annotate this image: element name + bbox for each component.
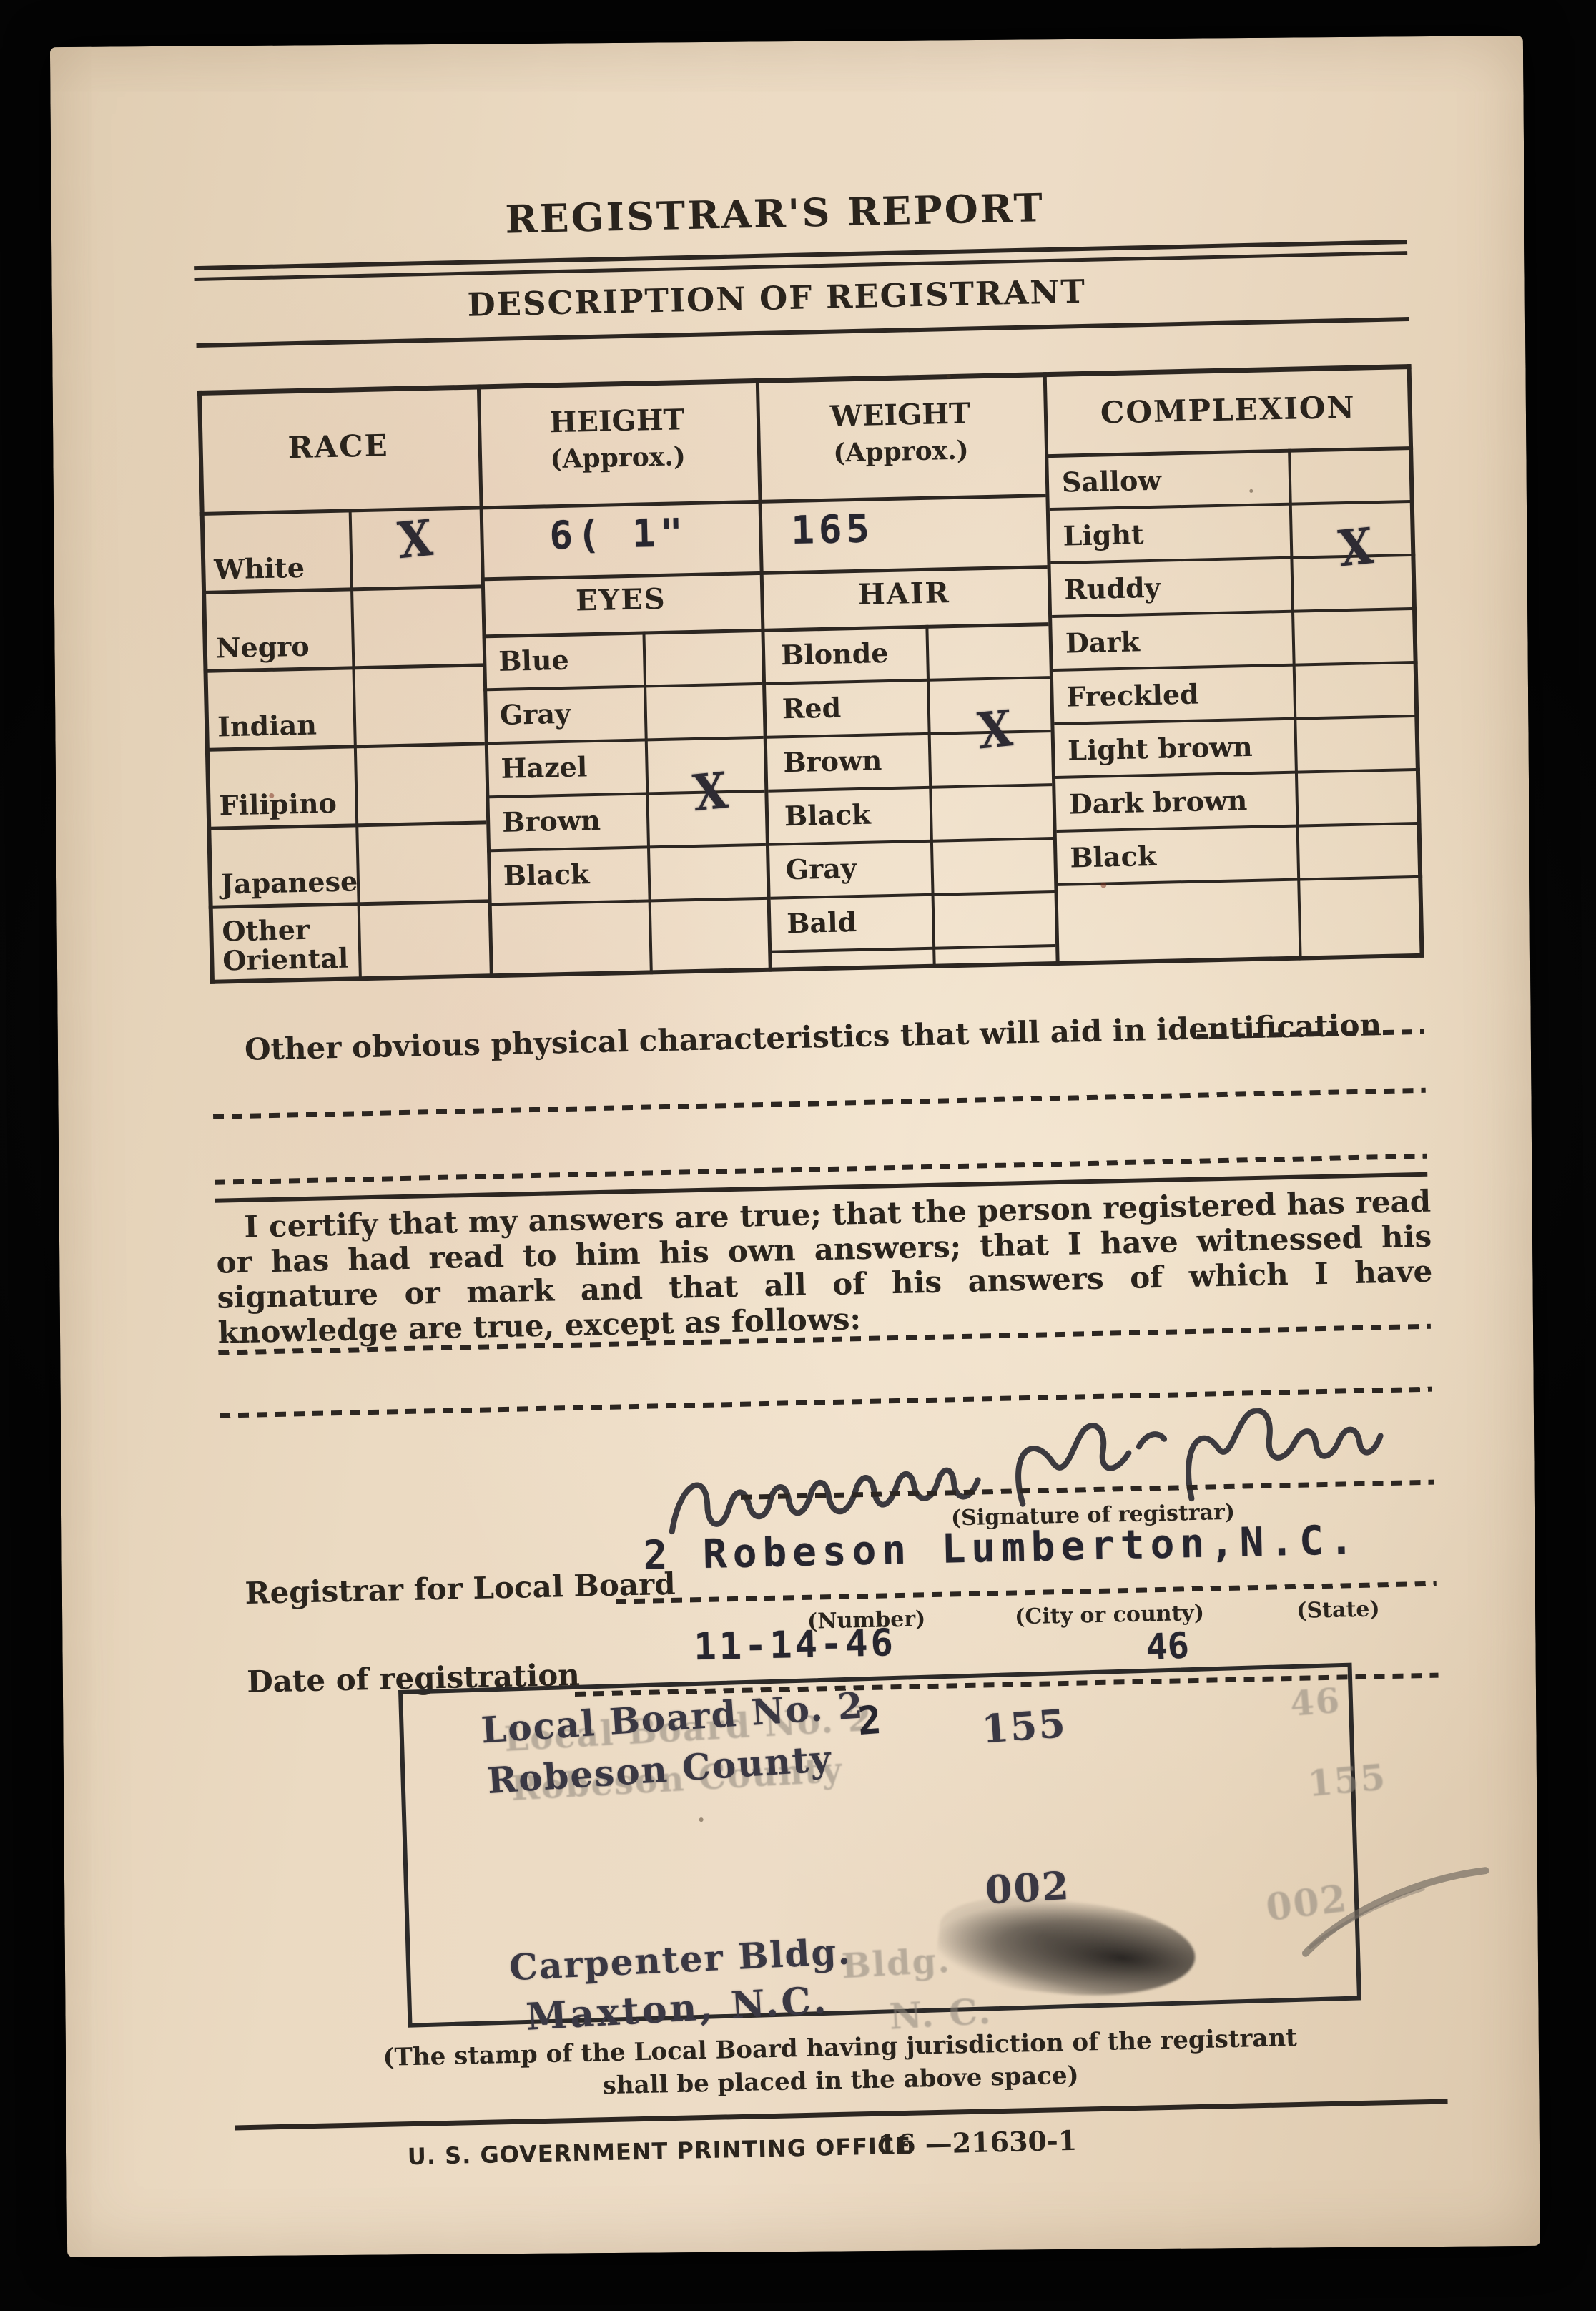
race-row-rule xyxy=(203,663,483,673)
stamp-code-155: 155 xyxy=(980,1700,1068,1752)
pencil-swoosh xyxy=(1294,1858,1510,1963)
hair-row-rule xyxy=(766,676,1050,685)
complexion-row-rule xyxy=(1053,661,1418,672)
complexion-header-rule xyxy=(1045,446,1413,458)
hw-header-rule xyxy=(480,494,1046,509)
hair-header: HAIR xyxy=(760,574,1048,614)
complexion-option: Light brown xyxy=(1068,730,1253,767)
complexion-option: Black xyxy=(1070,840,1157,874)
height-qualifier: (Approx.) xyxy=(478,440,758,476)
complexion-row-rule xyxy=(1052,607,1417,618)
table-border-bottom xyxy=(210,953,1424,984)
hair-check-divider xyxy=(925,625,935,968)
hair-option: Red xyxy=(782,691,841,725)
eyes-option: Blue xyxy=(498,644,569,677)
race-row-rule xyxy=(207,820,486,830)
stamp-typed-number: 2 xyxy=(856,1697,882,1744)
complexion-option: Ruddy xyxy=(1064,571,1161,606)
complexion-row-rule xyxy=(1050,500,1414,511)
eyes-option: Black xyxy=(503,858,590,892)
paper-speck xyxy=(1249,489,1253,493)
paper-speck xyxy=(947,374,951,378)
eyes-hair-header-rule xyxy=(482,622,1048,638)
race-option: Filipino xyxy=(219,787,337,822)
weight-qualifier: (Approx.) xyxy=(757,433,1045,470)
race-option: Other Oriental xyxy=(222,913,366,975)
registration-date-stray: 46 xyxy=(1145,1624,1190,1668)
complexion-row-rule xyxy=(1057,822,1422,833)
hair-option: Bald xyxy=(787,906,857,939)
race-header: RACE xyxy=(198,426,478,467)
eyes-option: Brown xyxy=(502,804,601,838)
certification-text: I certify that my answers are true; that… xyxy=(215,1184,1434,1351)
complexion-option: Light xyxy=(1063,518,1144,551)
description-table: RACE HEIGHT (Approx.) WEIGHT (Approx.) C… xyxy=(197,364,1424,984)
race-option: White xyxy=(214,551,305,586)
paper-speck xyxy=(699,1817,704,1822)
complexion-option: Freckled xyxy=(1066,678,1199,713)
hair-option: Blonde xyxy=(781,637,889,671)
section-title: DESCRIPTION OF REGISTRANT xyxy=(301,269,1253,328)
complexion-check-mark: X xyxy=(1307,514,1404,581)
hair-option: Gray xyxy=(785,852,857,885)
scan-background: REGISTRAR'S REPORT DESCRIPTION OF REGIST… xyxy=(0,0,1596,2311)
hair-row-rule xyxy=(771,890,1055,900)
height-header: HEIGHT xyxy=(478,401,757,441)
stamp-ghost-building: Bldg. xyxy=(841,1940,952,1987)
hair-row-rule xyxy=(772,944,1055,953)
blank-answer-line xyxy=(213,1088,1426,1119)
page-title: REGISTRAR'S REPORT xyxy=(299,180,1251,247)
race-option: Indian xyxy=(217,708,317,742)
race-option: Japanese xyxy=(220,865,358,900)
height-value: 6( 1" xyxy=(549,510,688,558)
footer-printer: U. S. GOVERNMENT PRINTING OFFICE xyxy=(407,2132,911,2170)
race-row-rule xyxy=(202,584,481,594)
weight-value: 165 xyxy=(791,506,875,553)
complexion-option: Dark brown xyxy=(1068,784,1247,820)
caption-city-county: (City or county) xyxy=(987,1600,1231,1630)
eyes-row-rule xyxy=(483,682,762,692)
eyes-row-rule xyxy=(485,736,764,745)
document-paper: REGISTRAR'S REPORT DESCRIPTION OF REGIST… xyxy=(50,36,1540,2257)
complexion-check-divider xyxy=(1288,449,1302,961)
complexion-row-rule xyxy=(1055,768,1420,779)
eyes-check-mark: X xyxy=(661,758,759,825)
printed-content: REGISTRAR'S REPORT DESCRIPTION OF REGIST… xyxy=(39,26,1560,2267)
complexion-header: COMPLEXION xyxy=(1043,388,1412,431)
eyes-option: Gray xyxy=(499,697,571,731)
registrar-label: Registrar for Local Board xyxy=(245,1566,676,1611)
eyes-header: EYES xyxy=(481,580,761,619)
race-row-rule xyxy=(205,742,485,752)
complexion-row-rule xyxy=(1058,875,1422,886)
eyes-check-divider xyxy=(642,631,652,974)
registration-date-value: 11-14-46 xyxy=(694,1621,897,1669)
table-border-left xyxy=(197,391,215,984)
eyes-option: Hazel xyxy=(501,750,588,785)
complexion-row-rule xyxy=(1054,715,1419,725)
stamp-ghost-46: 46 xyxy=(1289,1681,1342,1724)
eyes-row-rule xyxy=(488,897,767,906)
hair-row-rule xyxy=(768,783,1052,793)
caption-state: (State) xyxy=(1238,1596,1439,1625)
complexion-option: Sallow xyxy=(1062,464,1162,499)
table-border-top xyxy=(197,364,1412,396)
weight-header: WEIGHT xyxy=(756,395,1044,435)
hair-option: Brown xyxy=(783,744,882,778)
eyes-row-rule xyxy=(487,843,766,853)
hair-row-rule xyxy=(769,837,1053,846)
footer-code: 16 —21630-1 xyxy=(877,2124,1077,2161)
stamp-ghost-155: 155 xyxy=(1306,1755,1388,1805)
race-row-rule xyxy=(209,899,488,909)
hair-check-mark: X xyxy=(946,696,1043,763)
complexion-option: Dark xyxy=(1065,625,1140,659)
race-option: Negro xyxy=(215,630,310,664)
hair-option: Black xyxy=(784,798,872,833)
race-check-mark: X xyxy=(366,506,463,573)
